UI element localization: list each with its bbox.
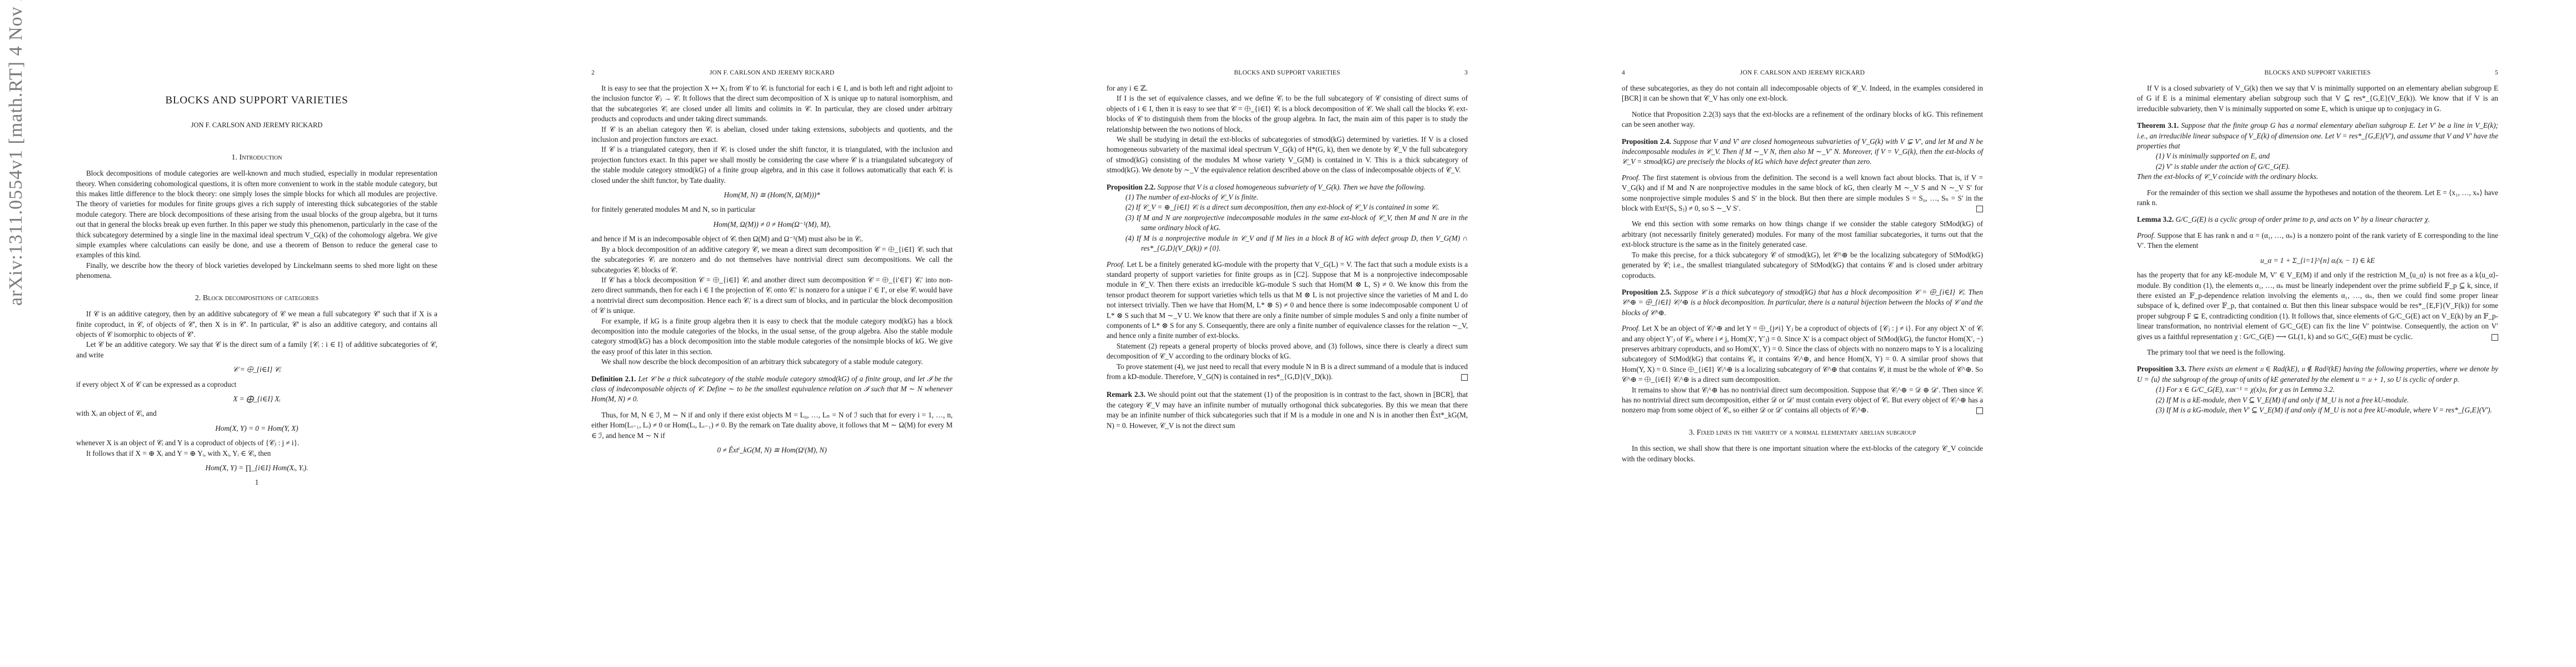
paragraph: If V is a closed subvariety of V_G(k) th… bbox=[2137, 83, 2498, 114]
proof-text: To prove statement (4), we just need to … bbox=[1107, 362, 1468, 381]
definition-label: Definition 2.1. bbox=[591, 375, 636, 383]
remark-text: We should point out that the statement (… bbox=[1107, 390, 1468, 429]
proposition-text: Suppose 𝒞 is a thick subcategory of stmo… bbox=[1622, 288, 1983, 317]
list-item: (1) The number of ext-blocks of 𝒞_V is f… bbox=[1107, 192, 1468, 202]
proposition-text: Suppose that V and V′ are closed homogen… bbox=[1622, 137, 1983, 166]
paragraph: Finally, we describe how the theory of b… bbox=[76, 261, 437, 281]
running-head-text: BLOCKS AND SUPPORT VARIETIES bbox=[2137, 69, 2498, 76]
equation: Hom(X, Y) = 0 = Hom(Y, X) bbox=[76, 424, 437, 434]
running-head-text: JON F. CARLSON AND JEREMY RICKARD bbox=[1622, 69, 1983, 76]
paper-title: BLOCKS AND SUPPORT VARIETIES bbox=[76, 96, 437, 106]
paragraph: The primary tool that we need is the fol… bbox=[2137, 347, 2498, 357]
theorem-3-1: Theorem 3.1. Suppose that the finite gro… bbox=[2137, 121, 2498, 151]
qed-square-icon bbox=[1461, 374, 1468, 381]
paragraph: It follows that if X = ⊕ Xᵢ and Y = ⊕ Yᵢ… bbox=[76, 449, 437, 459]
page-5: BLOCKS AND SUPPORT VARIETIES 5 If V is a… bbox=[2061, 0, 2576, 667]
proposition-2-5: Proposition 2.5. Suppose 𝒞 is a thick su… bbox=[1622, 287, 1983, 318]
paragraph: for any i ∈ ℤ. bbox=[1107, 83, 1468, 93]
proof-text: It remains to show that 𝒞ᵢ^⊕ has no nont… bbox=[1622, 386, 1983, 415]
definition-text: Let 𝒞 be a thick subcategory of the stab… bbox=[591, 375, 953, 404]
page-number: 5 bbox=[2495, 69, 2498, 76]
paragraph: We shall be studying in detail the ext-b… bbox=[1107, 135, 1468, 176]
list-item: (1) For x ∈ G/C_G(E), x𝔲x⁻¹ = χ(x)𝔲, for… bbox=[2137, 385, 2498, 395]
page-number: 1 bbox=[76, 477, 437, 487]
paragraph: Notice that Proposition 2.2(3) says that… bbox=[1622, 109, 1983, 130]
list-item: (1) V is minimally supported on E, and bbox=[2137, 151, 2498, 161]
theorem-conclusion: Then the ext-blocks of 𝒞_V coincide with… bbox=[2137, 172, 2498, 182]
remark-label: Remark 2.3. bbox=[1107, 390, 1145, 399]
equation: u_α = 1 + Σ_{i=1}^{n} αᵢ(xᵢ − 1) ∈ kE bbox=[2137, 256, 2498, 266]
list-item: (3) If M is a kG-module, then V′ ⊆ V_E(M… bbox=[2137, 405, 2498, 415]
proposition-text: Suppose that V is a closed homogeneous s… bbox=[1157, 183, 1426, 191]
qed-square-icon bbox=[2492, 334, 2498, 341]
running-head-text: BLOCKS AND SUPPORT VARIETIES bbox=[1107, 69, 1468, 76]
paragraph: If 𝒞 has a block decomposition 𝒞 = ⨁_{i∈… bbox=[591, 275, 953, 316]
paragraph: If 𝒞 is a triangulated category, then if… bbox=[591, 145, 953, 186]
proof-paragraph: It remains to show that 𝒞ᵢ^⊕ has no nont… bbox=[1622, 385, 1983, 416]
paragraph: By a block decomposition of an additive … bbox=[591, 245, 953, 275]
paragraph: Block decompositions of module categorie… bbox=[76, 168, 437, 261]
proposition-label: Proposition 2.5. bbox=[1622, 288, 1671, 296]
paragraph: We shall now describe the block decompos… bbox=[591, 357, 953, 367]
page-3-body: for any i ∈ ℤ. If I is the set of equiva… bbox=[1107, 83, 1468, 431]
proposition-label: Proposition 2.2. bbox=[1107, 183, 1155, 191]
paragraph: It is easy to see that the projection X … bbox=[591, 83, 953, 125]
equation: Hom(M, Ω(M)) ≠ 0 ≠ Hom(Ω⁻¹(M), M), bbox=[591, 220, 953, 230]
paragraph: Thus, for M, N ∈ ℐ, M ∼ N if and only if… bbox=[591, 410, 953, 441]
equation: 𝒞 = ⨁_{i∈I} 𝒞ᵢ bbox=[76, 365, 437, 375]
arxiv-stamp-text: arXiv:1311.0554v1 [math.RT] 4 Nov 2013 bbox=[6, 0, 27, 306]
list-item: (2) If 𝒞_V = ⊕_{i∈I} 𝒞ᵢ is a direct sum … bbox=[1107, 202, 1468, 212]
proof-text: The first statement is obvious from the … bbox=[1622, 173, 1983, 212]
proof-text: Suppose that E has rank n and α = (α₁, …… bbox=[2137, 231, 2498, 250]
page-1-body: BLOCKS AND SUPPORT VARIETIES JON F. CARL… bbox=[76, 96, 437, 488]
proof-text: has the property that for any kE-module … bbox=[2137, 271, 2498, 340]
definition-2-1: Definition 2.1. Let 𝒞 be a thick subcate… bbox=[591, 374, 953, 405]
paragraph: for finitely generated modules M and N, … bbox=[591, 205, 953, 215]
list-item: (2) If M is a kE-module, then V ⊆ V_E(M)… bbox=[2137, 395, 2498, 405]
equation: Hom(X, Y) = ∏_{i∈I} Hom(Xᵢ, Yᵢ). bbox=[76, 463, 437, 473]
page-2: 2 JON F. CARLSON AND JEREMY RICKARD It i… bbox=[515, 0, 1030, 667]
paragraph: We end this section with some remarks on… bbox=[1622, 219, 1983, 250]
paragraph: For the remainder of this section we sha… bbox=[2137, 188, 2498, 208]
proof-paragraph: Statement (2) repeats a general property… bbox=[1107, 341, 1468, 362]
paper-authors: JON F. CARLSON AND JEREMY RICKARD bbox=[76, 120, 437, 130]
page-2-body: It is easy to see that the projection X … bbox=[591, 83, 953, 460]
proof-paragraph: Proof. Let X be an object of 𝒞ᵢ^⊕ and le… bbox=[1622, 323, 1983, 385]
page-4: 4 JON F. CARLSON AND JEREMY RICKARD of t… bbox=[1546, 0, 2061, 667]
paragraph: whenever X is an object of 𝒞ᵢ and Y is a… bbox=[76, 438, 437, 448]
arxiv-stamp: arXiv:1311.0554v1 [math.RT] 4 Nov 2013 bbox=[4, 0, 27, 667]
paragraph: if every object X of 𝒞 can be expressed … bbox=[76, 380, 437, 390]
lemma-text: G/C_G(E) is a cyclic group of order prim… bbox=[2176, 215, 2430, 223]
list-item: (2) V′ is stable under the action of G/C… bbox=[2137, 162, 2498, 172]
paragraph: with Xᵢ an object of 𝒞ᵢ, and bbox=[76, 409, 437, 419]
qed-square-icon bbox=[1976, 206, 1983, 212]
paragraph: of these subcategories, as they do not c… bbox=[1622, 83, 1983, 104]
paragraph: To make this precise, for a thick subcat… bbox=[1622, 250, 1983, 281]
proof-paragraph: Proof. The first statement is obvious fr… bbox=[1622, 173, 1983, 214]
proposition-2-2: Proposition 2.2. Suppose that V is a clo… bbox=[1107, 182, 1468, 192]
page-1: arXiv:1311.0554v1 [math.RT] 4 Nov 2013 B… bbox=[0, 0, 515, 667]
list-item: (4) If M is a nonprojective module in 𝒞_… bbox=[1107, 233, 1468, 254]
equation: Hom(M, N) ≅ (Hom(N, Ω(M)))* bbox=[591, 190, 953, 200]
remark-2-3: Remark 2.3. We should point out that the… bbox=[1107, 390, 1468, 431]
proof-paragraph: To prove statement (4), we just need to … bbox=[1107, 362, 1468, 382]
paragraph: For example, if kG is a finite group alg… bbox=[591, 316, 953, 357]
section-heading: 3. Fixed lines in the variety of a norma… bbox=[1622, 428, 1983, 438]
proof-text: Let X be an object of 𝒞ᵢ^⊕ and let Y = ⨁… bbox=[1622, 324, 1983, 384]
lemma-3-2: Lemma 3.2. G/C_G(E) is a cyclic group of… bbox=[2137, 215, 2498, 225]
page-5-body: If V is a closed subvariety of V_G(k) th… bbox=[2137, 83, 2498, 415]
page-4-body: of these subcategories, as they do not c… bbox=[1622, 83, 1983, 464]
running-head-text: JON F. CARLSON AND JEREMY RICKARD bbox=[591, 69, 953, 76]
lemma-label: Lemma 3.2. bbox=[2137, 215, 2174, 223]
theorem-text: Suppose that the finite group G has a no… bbox=[2137, 121, 2498, 150]
proof-text: Let L be a finitely generated kG-module … bbox=[1107, 260, 1468, 340]
theorem-label: Theorem 3.1. bbox=[2137, 121, 2179, 130]
proposition-label: Proposition 2.4. bbox=[1622, 137, 1671, 146]
paragraph: If 𝒞 is an additive category, then by an… bbox=[76, 309, 437, 340]
proof-paragraph: Proof. Let L be a finitely generated kG-… bbox=[1107, 260, 1468, 341]
proposition-2-4: Proposition 2.4. Suppose that V and V′ a… bbox=[1622, 137, 1983, 167]
equation: X = ⨁_{i∈I} Xᵢ bbox=[76, 394, 437, 404]
paragraph: In this section, we shall show that ther… bbox=[1622, 444, 1983, 464]
proposition-text: There exists an element 𝔲 ∈ Rad(kE), 𝔲 ∉… bbox=[2137, 365, 2498, 383]
proof-paragraph: Proof. Suppose that E has rank n and α =… bbox=[2137, 231, 2498, 251]
page-3: BLOCKS AND SUPPORT VARIETIES 3 for any i… bbox=[1030, 0, 1546, 667]
paragraph: If I is the set of equivalence classes, … bbox=[1107, 93, 1468, 135]
section-heading: 1. Introduction bbox=[76, 153, 437, 163]
section-heading: 2. Block decompositions of categories bbox=[76, 293, 437, 303]
list-item: (3) If M and N are nonprojective indecom… bbox=[1107, 213, 1468, 233]
paragraph: If 𝒞 is an abelian category then 𝒞ᵢ is a… bbox=[591, 125, 953, 145]
page-number: 3 bbox=[1464, 69, 1468, 76]
paragraph: and hence if M is an indecomposable obje… bbox=[591, 234, 953, 244]
proposition-3-3: Proposition 3.3. There exists an element… bbox=[2137, 364, 2498, 385]
paragraph: Let 𝒞 be an additive category. We say th… bbox=[76, 340, 437, 360]
equation: 0 ≠ Êxtⁱ_kG(M, N) ≅ Hom(Ωⁱ(M), N) bbox=[591, 445, 953, 455]
proposition-label: Proposition 3.3. bbox=[2137, 365, 2186, 373]
proof-paragraph: has the property that for any kE-module … bbox=[2137, 270, 2498, 342]
qed-square-icon bbox=[1976, 407, 1983, 414]
